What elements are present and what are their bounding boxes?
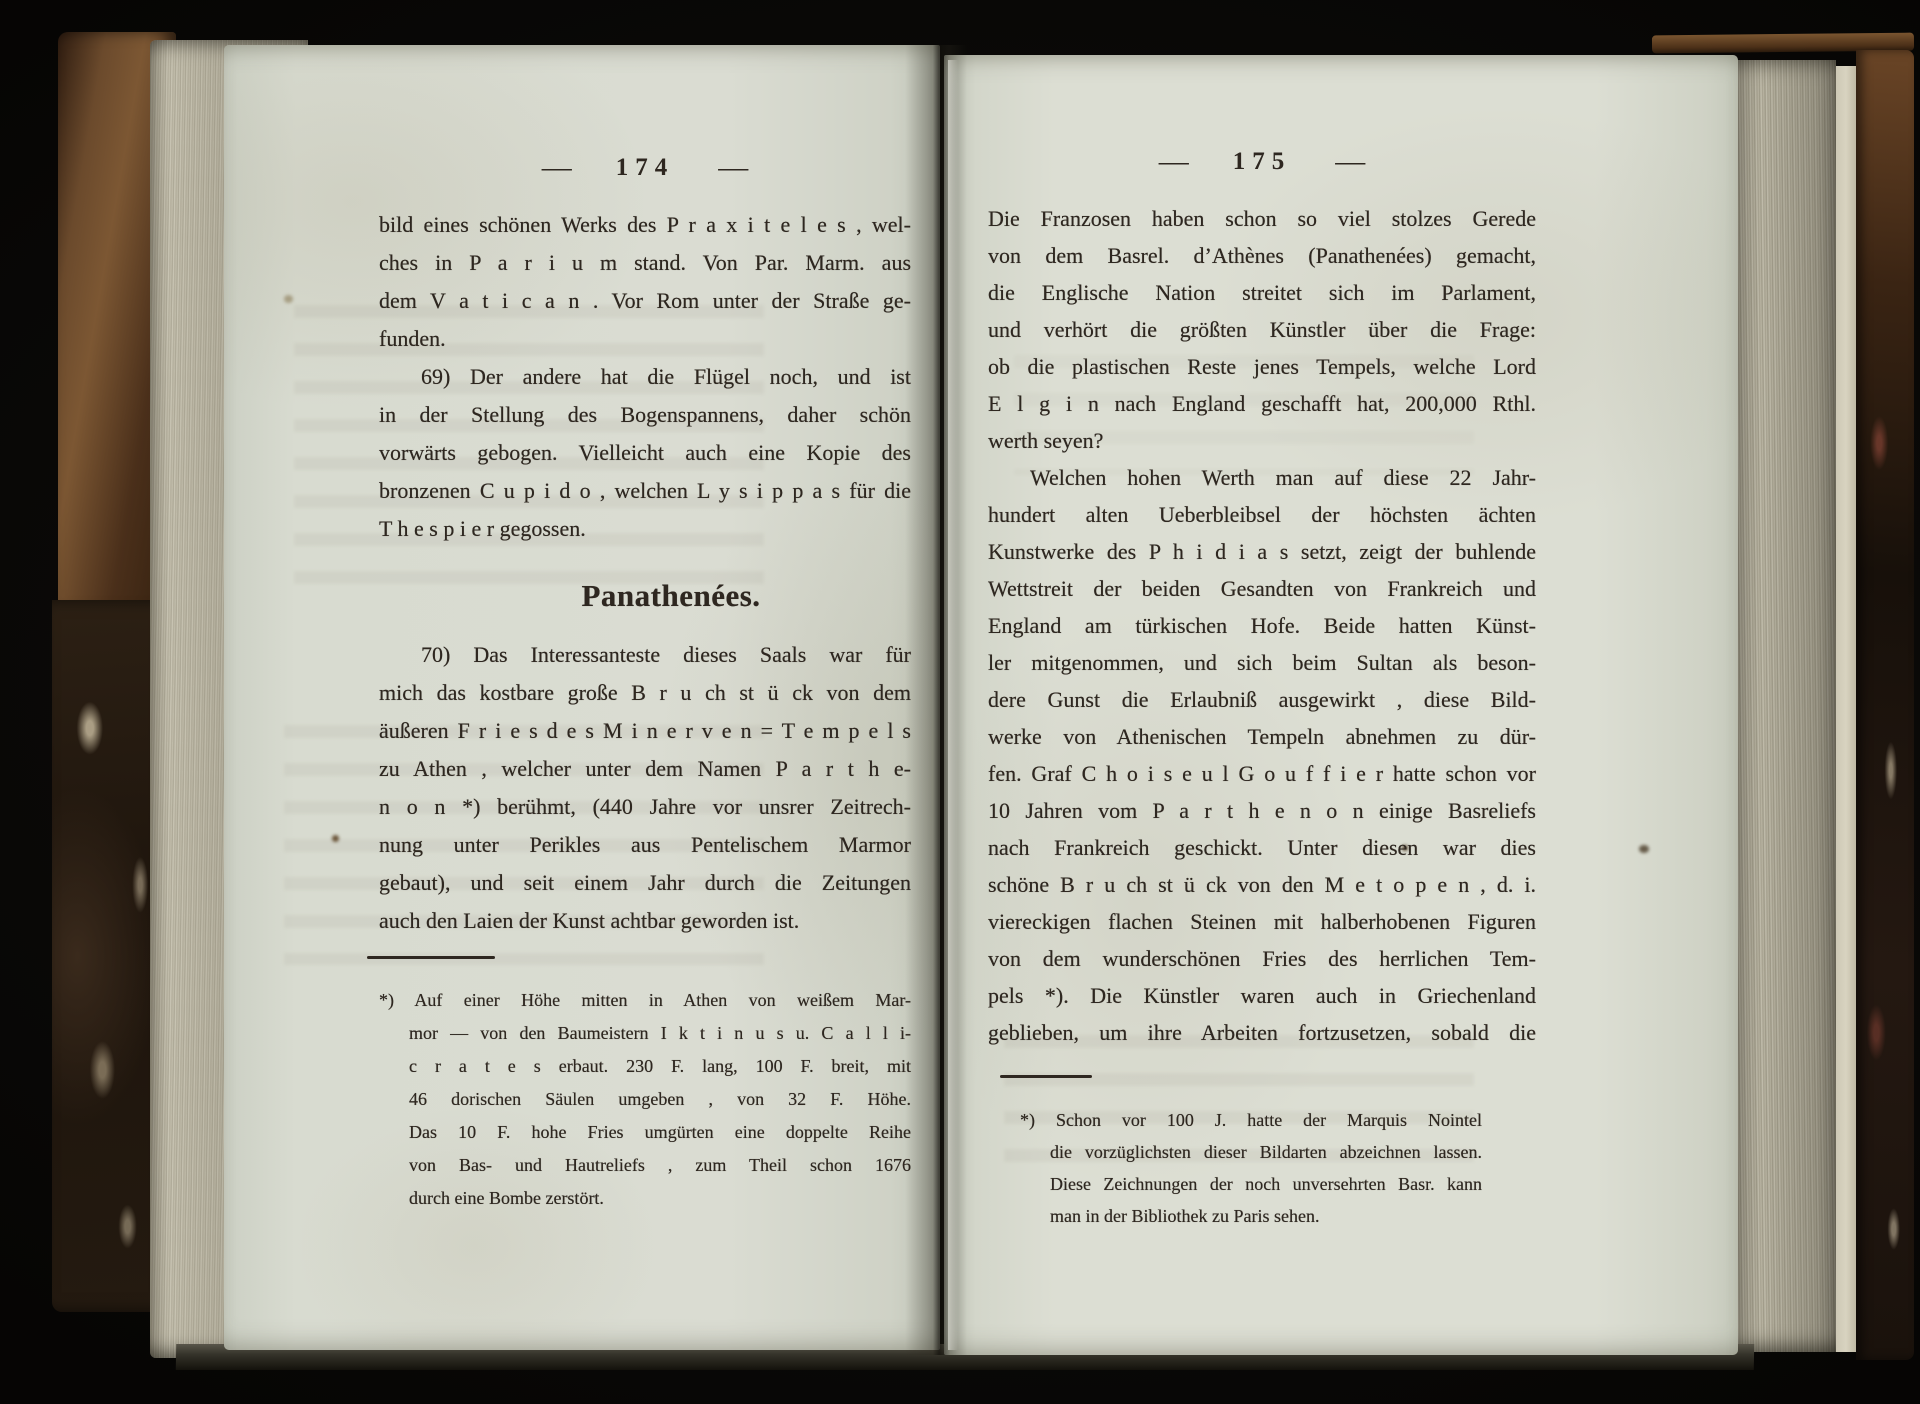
text-line: pels *). Die Künstler waren auch in Grie… <box>988 977 1536 1014</box>
text-line: England am türkischen Hofe. Beide hatten… <box>988 607 1536 644</box>
paragraph-2: Welchen hohen Werth man auf diese 22 Jah… <box>988 459 1536 1051</box>
text-line: 69) Der andere hat die Flügel noch, und … <box>379 358 911 396</box>
right-page-edge-sliver <box>1836 66 1856 1352</box>
text-line: dem V a t i c a n . Vor Rom unter der St… <box>379 282 911 320</box>
right-footnote: *) Schon vor 100 J. hatte der Marquis No… <box>1020 1104 1482 1232</box>
text-line: T h e s p i e r gegossen. <box>379 510 911 548</box>
gutter-highlight <box>948 60 958 1350</box>
footnote-rule <box>1000 1075 1092 1078</box>
stain <box>284 295 293 303</box>
header-dash: — <box>1159 159 1189 166</box>
text-line: c r a t e s erbaut. 230 F. lang, 100 F. … <box>379 1050 911 1083</box>
text-line: auch den Laien der Kunst achtbar geworde… <box>379 902 911 940</box>
paragraph-70: 70) Das Interessanteste dieses Saals war… <box>379 636 911 940</box>
paragraph-continuation: bild eines schönen Werks des P r a x i t… <box>379 206 911 358</box>
text-line: vorwärts gebogen. Vielleicht auch eine K… <box>379 434 911 472</box>
text-line: Welchen hohen Werth man auf diese 22 Jah… <box>988 459 1536 496</box>
text-line: von Bas- und Hautreliefs , zum Theil sch… <box>379 1149 911 1182</box>
right-cover-marbled-paper <box>1856 50 1914 1360</box>
left-page-text-column: — 174 — bild eines schönen Werks des P r… <box>379 153 911 1215</box>
text-line: die Englische Nation streitet sich im Pa… <box>988 274 1536 311</box>
right-page: — 175 — Die Franzosen haben schon so vie… <box>944 55 1738 1355</box>
left-page-number: 174 <box>616 154 675 182</box>
text-line: Die Franzosen haben schon so viel stolze… <box>988 200 1536 237</box>
right-page-number: 175 <box>1233 148 1292 176</box>
left-page-header: — 174 — <box>379 153 911 183</box>
text-line: mor — von den Baumeistern I k t i n u s … <box>379 1017 911 1050</box>
text-line: von dem wunderschönen Fries des herrlich… <box>988 940 1536 977</box>
text-line: fen. Graf C h o i s e u l G o u f f i e … <box>988 755 1536 792</box>
text-line: und verhört die größten Künstler über di… <box>988 311 1536 348</box>
text-line: gebaut), und seit einem Jahr durch die Z… <box>379 864 911 902</box>
text-line: 10 Jahren vom P a r t h e n o n einige B… <box>988 792 1536 829</box>
left-footnote: *) Auf einer Höhe mitten in Athen von we… <box>379 984 911 1215</box>
book-scan: — 174 — bild eines schönen Werks des P r… <box>0 0 1920 1404</box>
stain <box>1639 845 1649 853</box>
stain <box>332 835 339 842</box>
text-line: schöne B r u ch st ü ck von den M e t o … <box>988 866 1536 903</box>
text-line: geblieben, um ihre Arbeiten fortzusetzen… <box>988 1014 1536 1051</box>
text-line: ches in P a r i u m stand. Von Par. Marm… <box>379 244 911 282</box>
text-line: *) Schon vor 100 J. hatte der Marquis No… <box>1020 1104 1482 1136</box>
text-line: *) Auf einer Höhe mitten in Athen von we… <box>379 984 911 1017</box>
paragraph-1: Die Franzosen haben schon so viel stolze… <box>988 200 1536 459</box>
text-line: bronzenen C u p i d o , welchen L y s i … <box>379 472 911 510</box>
header-dash: — <box>542 165 572 172</box>
text-line: werth seyen? <box>988 422 1536 459</box>
text-line: funden. <box>379 320 911 358</box>
text-line: 70) Das Interessanteste dieses Saals war… <box>379 636 911 674</box>
header-dash: — <box>1335 159 1365 166</box>
right-page-text-column: — 175 — Die Franzosen haben schon so vie… <box>988 147 1536 1232</box>
text-line: die vorzüglichsten dieser Bildarten abze… <box>1020 1136 1482 1168</box>
text-line: 46 dorischen Säulen umgeben , von 32 F. … <box>379 1083 911 1116</box>
text-line: n o n *) berühmt, (440 Jahre vor unsrer … <box>379 788 911 826</box>
text-line: Wettstreit der beiden Gesandten von Fran… <box>988 570 1536 607</box>
text-line: viereckigen flachen Steinen mit halberho… <box>988 903 1536 940</box>
text-line: Kunstwerke des P h i d i a s setzt, zeig… <box>988 533 1536 570</box>
header-dash: — <box>718 165 748 172</box>
text-line: von dem Basrel. d’Athènes (Panathenées) … <box>988 237 1536 274</box>
text-line: Das 10 F. hohe Fries umgürten eine doppe… <box>379 1116 911 1149</box>
text-line: Diese Zeichnungen der noch unversehrten … <box>1020 1168 1482 1200</box>
text-line: zu Athen , welcher unter dem Namen P a r… <box>379 750 911 788</box>
text-line: werke von Athenischen Tempeln abnehmen z… <box>988 718 1536 755</box>
text-line: ob die plastischen Reste jenes Tempels, … <box>988 348 1536 385</box>
text-line: hundert alten Ueberbleibsel der höchsten… <box>988 496 1536 533</box>
text-line: nach Frankreich geschickt. Unter diesen … <box>988 829 1536 866</box>
right-fore-edge-pages <box>1736 60 1836 1352</box>
text-line: in der Stellung des Bogenspannens, daher… <box>379 396 911 434</box>
text-line: bild eines schönen Werks des P r a x i t… <box>379 206 911 244</box>
text-line: durch eine Bombe zerstört. <box>379 1182 911 1215</box>
footnote-rule <box>367 956 495 959</box>
text-line: man in der Bibliothek zu Paris sehen. <box>1020 1200 1482 1232</box>
text-line: E l g i n nach England geschafft hat, 20… <box>988 385 1536 422</box>
text-line: nung unter Perikles aus Pentelischem Mar… <box>379 826 911 864</box>
text-line: dere Gunst die Erlaubniß ausgewirkt , di… <box>988 681 1536 718</box>
section-heading-panathenees: Panathenées. <box>405 578 937 614</box>
text-line: ler mitgenommen, und sich beim Sultan al… <box>988 644 1536 681</box>
text-line: mich das kostbare große B r u ch st ü ck… <box>379 674 911 712</box>
right-page-header: — 175 — <box>988 147 1536 177</box>
text-line: äußeren F r i e s d e s M i n e r v e n … <box>379 712 911 750</box>
paragraph-69: 69) Der andere hat die Flügel noch, und … <box>379 358 911 548</box>
left-page: — 174 — bild eines schönen Werks des P r… <box>224 45 940 1350</box>
